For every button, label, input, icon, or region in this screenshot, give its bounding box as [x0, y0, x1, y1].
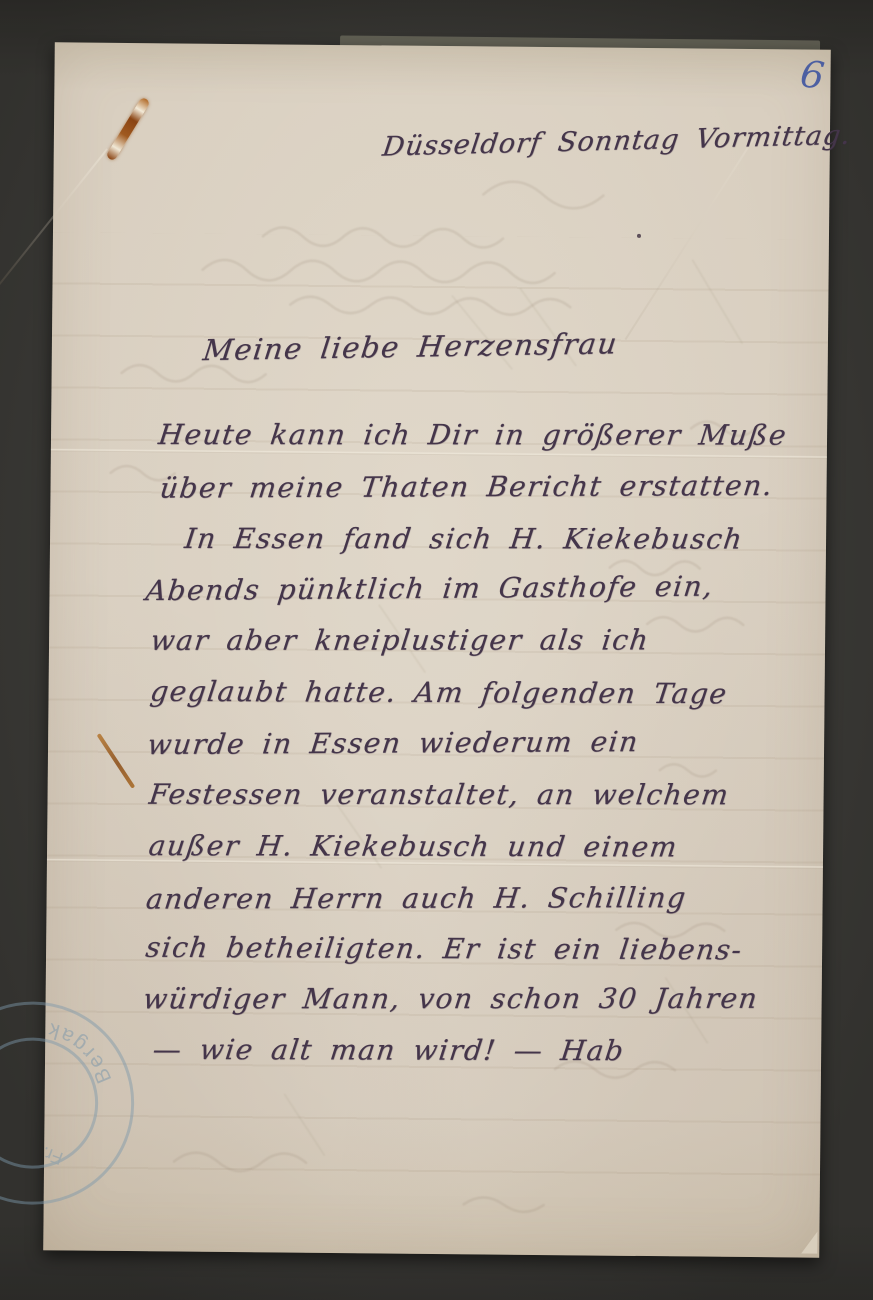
letter-line-9: außer H. Kiekebusch und einem [147, 829, 680, 863]
letter-line-10: anderen Herrn auch H. Schilling [144, 881, 688, 915]
letter-line-11: sich betheiligten. Er ist ein liebens- [144, 931, 745, 967]
archive-stamp: Bergak Fr. [0, 982, 154, 1224]
letter-line-8: Festessen veranstaltet, an welchem [147, 778, 731, 811]
letter-line-7: wurde in Essen wiederum ein [146, 725, 641, 761]
ink-speck [637, 234, 641, 238]
letter-paper-sheet: Bergak Fr. 6 Düsseldorf Sonntag Vormitta… [43, 42, 831, 1257]
corner-fold-bottom-right [801, 1232, 817, 1254]
rust-stain-top-left [105, 97, 150, 162]
letter-line-13: — wie alt man wird! — Hab [151, 1033, 627, 1067]
letter-line-2: über meine Thaten Bericht erstatten. [158, 469, 775, 505]
crease-top-right [625, 137, 756, 340]
letter-line-5: war aber kneiplustiger als ich [149, 623, 651, 656]
letter-line-6: geglaubt hatte. Am folgenden Tage [148, 675, 729, 710]
page-number-annotation: 6 [798, 52, 827, 98]
dateline: Düsseldorf Sonntag Vormittag. [381, 120, 853, 163]
salutation: Meine liebe Herzensfrau [201, 326, 620, 367]
letter-line-4: Abends pünktlich im Gasthofe ein, [144, 570, 715, 607]
rust-stain-left-middle [97, 733, 136, 789]
letter-line-1: Heute kann ich Dir in größerer Muße [157, 418, 789, 452]
svg-text:Bergak: Bergak [42, 1017, 117, 1087]
stamp-arc-text: Bergak [42, 1017, 117, 1087]
letter-line-12: würdiger Mann, von schon 30 Jahren [141, 982, 760, 1015]
letter-line-3: In Essen fand sich H. Kiekebusch [183, 522, 745, 555]
